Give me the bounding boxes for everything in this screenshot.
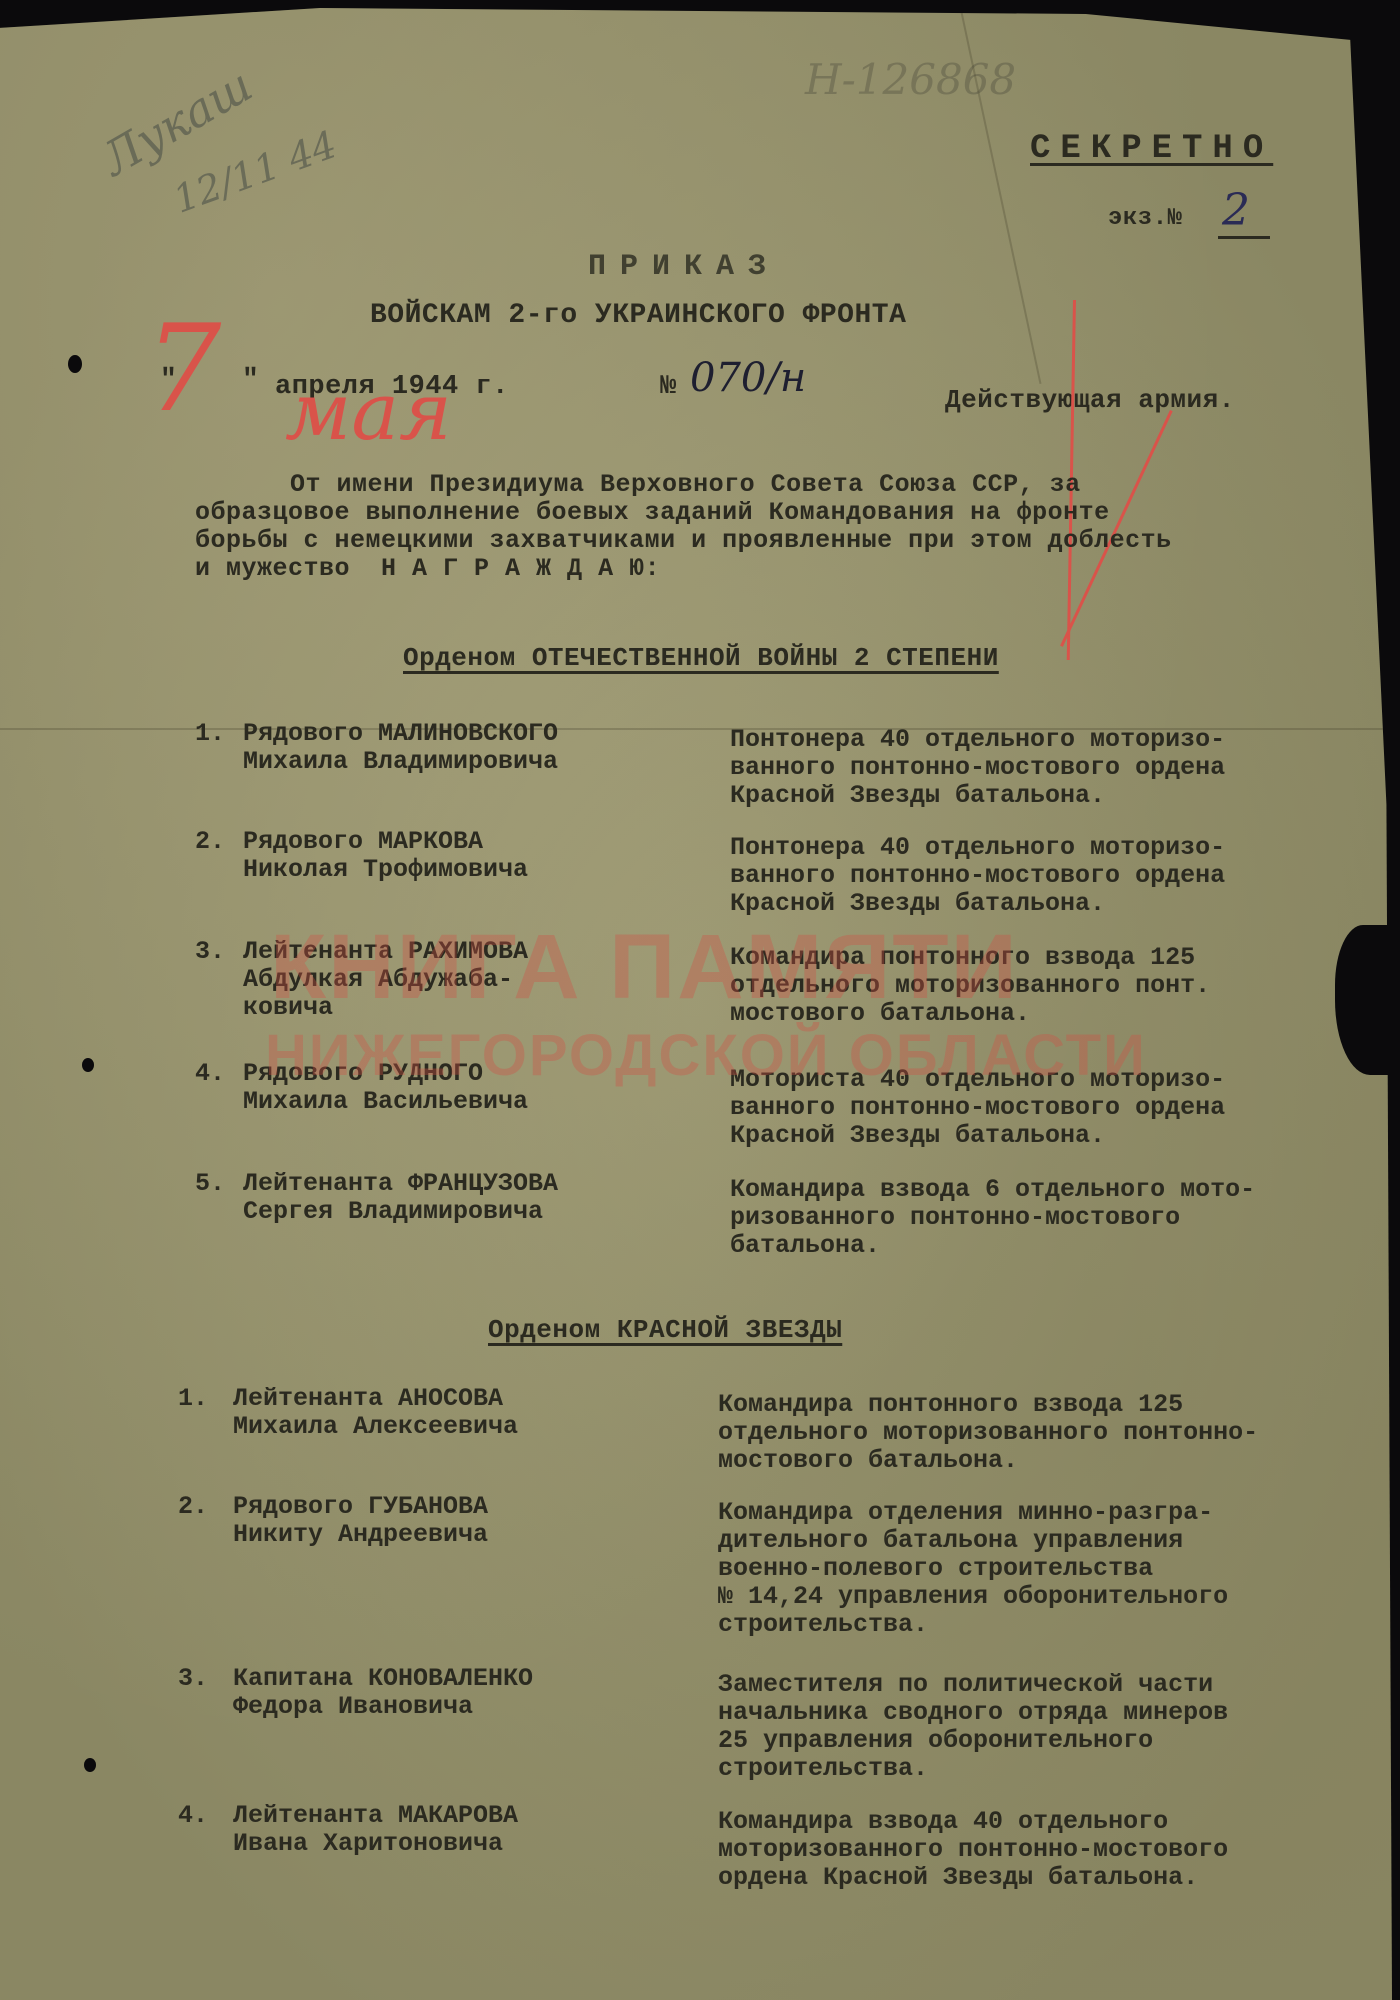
awardee-position: Командира взвода 40 отдельного моторизов… bbox=[718, 1808, 1228, 1892]
awardee-position: Заместителя по политической части началь… bbox=[718, 1671, 1228, 1783]
document-heading: ПРИКАЗ bbox=[588, 250, 780, 284]
copy-number: 2 bbox=[1218, 185, 1270, 239]
date-day-handwritten: 7 bbox=[145, 300, 221, 439]
document-subheading: ВОЙСКАМ 2-го УКРАИНСКОГО ФРОНТА bbox=[370, 300, 906, 331]
preamble-line: и мужество Н А Г Р А Ж Д А Ю: bbox=[195, 554, 660, 583]
awardee-position: Командира понтонного взвода 125 отдельно… bbox=[730, 944, 1210, 1028]
entry-number: 3. bbox=[195, 938, 225, 966]
awardee-position: Моториста 40 отдельного моторизо- ванног… bbox=[730, 1066, 1225, 1150]
entry-number: 3. bbox=[178, 1665, 208, 1693]
awardee-name: Рядового МАРКОВА Николая Трофимовича bbox=[243, 828, 528, 884]
preamble-line: образцовое выполнение боевых заданий Ком… bbox=[195, 498, 1110, 527]
entry-number: 1. bbox=[178, 1385, 208, 1413]
awardee-name: Лейтенанта ФРАНЦУЗОВА Сергея Владимирови… bbox=[243, 1170, 558, 1226]
location: Действующая армия. bbox=[945, 385, 1235, 415]
punch-hole bbox=[82, 1058, 94, 1072]
date-quote-close: " bbox=[242, 365, 259, 396]
entry-number: 5. bbox=[195, 1170, 225, 1198]
copy-label: экз.№ bbox=[1108, 205, 1183, 232]
preamble-line: борьбы с немецкими захватчиками и проявл… bbox=[195, 526, 1172, 555]
awardee-name: Лейтенанта АНОСОВА Михаила Алексеевича bbox=[233, 1385, 518, 1441]
awardee-name: Капитана КОНОВАЛЕНКО Федора Ивановича bbox=[233, 1665, 533, 1721]
section-heading-order-red-star: Орденом КРАСНОЙ ЗВЕЗДЫ bbox=[488, 1315, 842, 1345]
order-number: 070/н bbox=[690, 355, 806, 401]
torn-edge bbox=[1335, 925, 1400, 1075]
entry-number: 2. bbox=[195, 828, 225, 856]
date-month-correction: мая bbox=[285, 365, 452, 458]
awardee-position: Командира понтонного взвода 125 отдельно… bbox=[718, 1391, 1258, 1475]
awardee-position: Командира взвода 6 отдельного мото- ризо… bbox=[730, 1176, 1255, 1260]
entry-number: 4. bbox=[178, 1802, 208, 1830]
classification-label: СЕКРЕТНО bbox=[1030, 130, 1273, 168]
awardee-name: Рядового ГУБАНОВА Никиту Андреевича bbox=[233, 1493, 488, 1549]
awardee-position: Понтонера 40 отдельного моторизо- ванног… bbox=[730, 726, 1225, 810]
awardee-position: Командира отделения минно-разгра- дитель… bbox=[718, 1499, 1228, 1639]
entry-number: 4. bbox=[195, 1060, 225, 1088]
punch-hole bbox=[68, 355, 82, 373]
awardee-name: Рядового РУДНОГО Михаила Васильевича bbox=[243, 1060, 528, 1116]
entry-number: 2. bbox=[178, 1493, 208, 1521]
faded-stamp: Н-126868 bbox=[805, 55, 1016, 104]
awardee-name: Лейтенанта РАХИМОВА Абдулкая Абдужаба- к… bbox=[243, 938, 528, 1022]
awardee-position: Понтонера 40 отдельного моторизо- ванног… bbox=[730, 834, 1225, 918]
section-heading-order-patriotic-war: Орденом ОТЕЧЕСТВЕННОЙ ВОЙНЫ 2 СТЕПЕНИ bbox=[403, 643, 999, 673]
awardee-name: Лейтенанта МАКАРОВА Ивана Харитоновича bbox=[233, 1802, 518, 1858]
preamble-line: От имени Президиума Верховного Совета Со… bbox=[290, 470, 1081, 499]
entry-number: 1. bbox=[195, 720, 225, 748]
order-number-label: № bbox=[660, 372, 677, 402]
awardee-name: Рядового МАЛИНОВСКОГО Михаила Владимиров… bbox=[243, 720, 558, 776]
punch-hole bbox=[84, 1758, 96, 1772]
